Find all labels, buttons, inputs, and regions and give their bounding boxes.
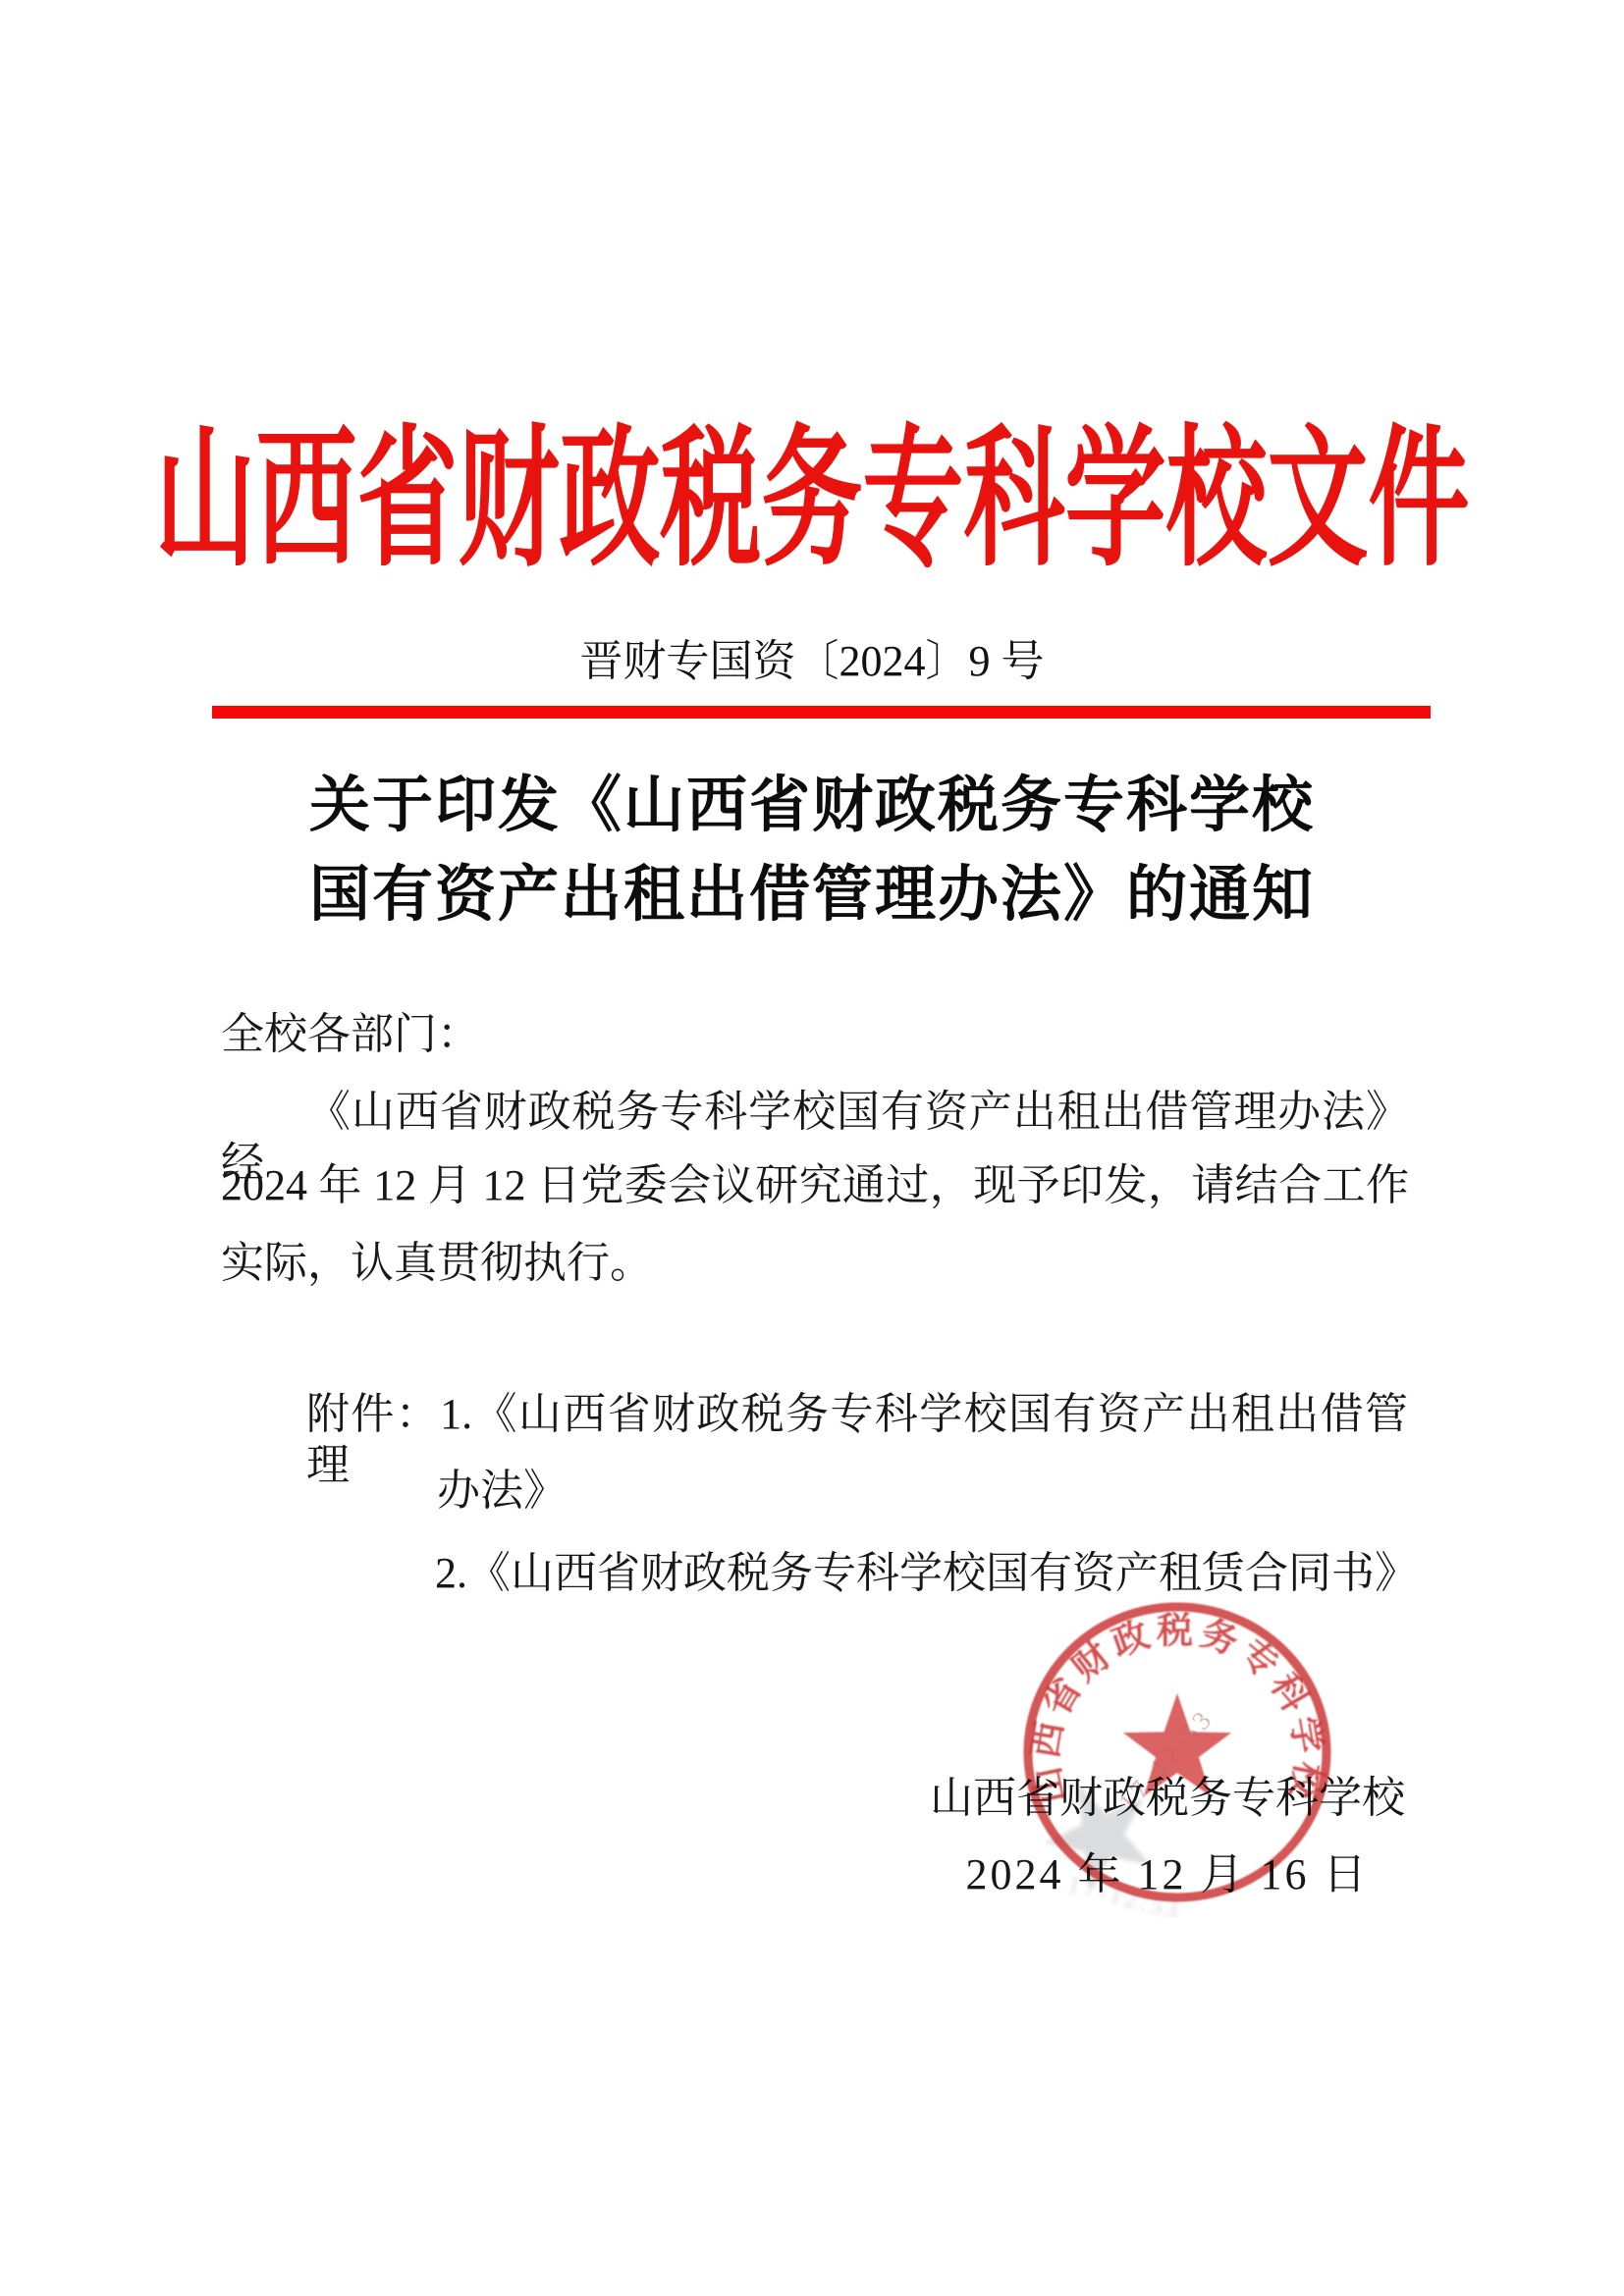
body-paragraph-line-3: 实际，认真贯彻执行。 xyxy=(221,1238,653,1289)
signature-date: 2024 年 12 月 16 日 xyxy=(929,1849,1406,1900)
doc-title-line-1: 关于印发《山西省财政税务专科学校 xyxy=(0,762,1624,851)
signature-org: 山西省财政税务专科学校 xyxy=(929,1773,1406,1824)
masthead-org-title: 山西省财政税务专科学校文件 xyxy=(0,426,1624,578)
red-rule xyxy=(212,706,1431,719)
body-paragraph-line-2: 2024 年 12 月 12 日党委会议研究通过，现予印发，请结合工作 xyxy=(221,1160,1409,1211)
doc-number: 晋财专国资〔2024〕9 号 xyxy=(0,636,1624,687)
doc-title: 关于印发《山西省财政税务专科学校 国有资产出租出借管理办法》的通知 xyxy=(0,762,1624,940)
salutation: 全校各部门： xyxy=(221,1009,480,1060)
document-page: 山西省财政税务专科学校文件 晋财专国资〔2024〕9 号 关于印发《山西省财政税… xyxy=(0,0,1624,2296)
doc-title-line-2: 国有资产出租出借管理办法》的通知 xyxy=(0,851,1624,940)
attachment-line-1-wrap: 办法》 xyxy=(437,1466,567,1517)
signature-block: 山西省财政税务专科学校 2024 年 12 月 16 日 xyxy=(929,1773,1406,1900)
attachment-line-2: 2.《山西省财政税务专科学校国有资产租赁合同书》 xyxy=(435,1548,1418,1599)
